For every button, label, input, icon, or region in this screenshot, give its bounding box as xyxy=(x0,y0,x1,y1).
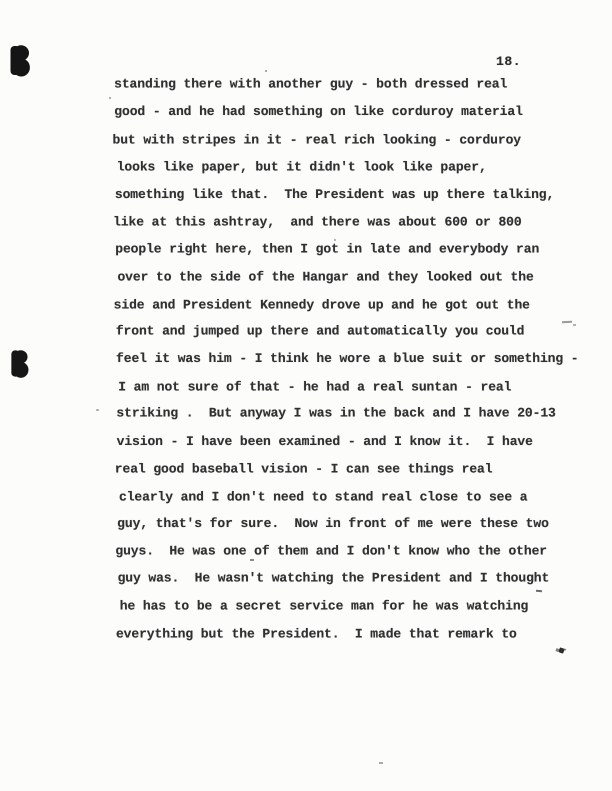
scan-speck xyxy=(109,97,111,99)
ink-blob-top-icon xyxy=(9,44,30,77)
text-line: everything but the President. I made tha… xyxy=(116,620,579,647)
document-page: 18. standing there with another guy - bo… xyxy=(0,0,612,791)
text-line: looks like paper, but it didn't look lik… xyxy=(117,154,580,181)
scan-speck xyxy=(96,409,99,411)
ink-blob-bottom-icon xyxy=(10,347,29,380)
text-line: guy was. He wasn't watching the Presiden… xyxy=(117,564,580,591)
scan-speck xyxy=(379,762,383,764)
text-line: striking . But anyway I was in the back … xyxy=(116,400,579,427)
text-line: good - and he had something on like cord… xyxy=(114,98,577,125)
text-line: guy, that's for sure. Now in front of me… xyxy=(117,510,580,537)
text-line: like at this ashtray, and there was abou… xyxy=(113,209,576,236)
text-line: but with stripes in it - real rich looki… xyxy=(112,126,575,153)
text-line: clearly and I don't need to stand real c… xyxy=(119,483,582,510)
text-line: he has to be a secret service man for he… xyxy=(120,593,583,620)
transcript-text: standing there with another guy - both d… xyxy=(114,71,580,647)
text-line: guys. He was one of them and I don't kno… xyxy=(115,538,578,565)
text-line: something like that. The President was u… xyxy=(115,181,578,208)
scan-speck xyxy=(265,70,267,72)
text-line: front and jumped up there and automatica… xyxy=(116,318,579,345)
text-line: I am not sure of that - he had a real su… xyxy=(118,373,581,400)
text-line: over to the side of the Hangar and they … xyxy=(117,263,580,290)
text-line: standing there with another guy - both d… xyxy=(114,71,577,98)
text-line: feel it was him - I think he wore a blue… xyxy=(116,345,579,372)
scan-speck xyxy=(250,559,254,561)
text-line: people right here, then I got in late an… xyxy=(115,235,578,262)
scan-ink-spot xyxy=(558,647,564,653)
scan-speck xyxy=(334,239,336,241)
text-line: real good baseball vision - I can see th… xyxy=(115,456,578,483)
scan-dash-mark xyxy=(573,324,576,326)
text-line: vision - I have been examined - and I kn… xyxy=(116,428,579,455)
page-number: 18. xyxy=(496,54,521,69)
text-line: side and President Kennedy drove up and … xyxy=(114,291,577,318)
scan-speck xyxy=(536,590,542,592)
